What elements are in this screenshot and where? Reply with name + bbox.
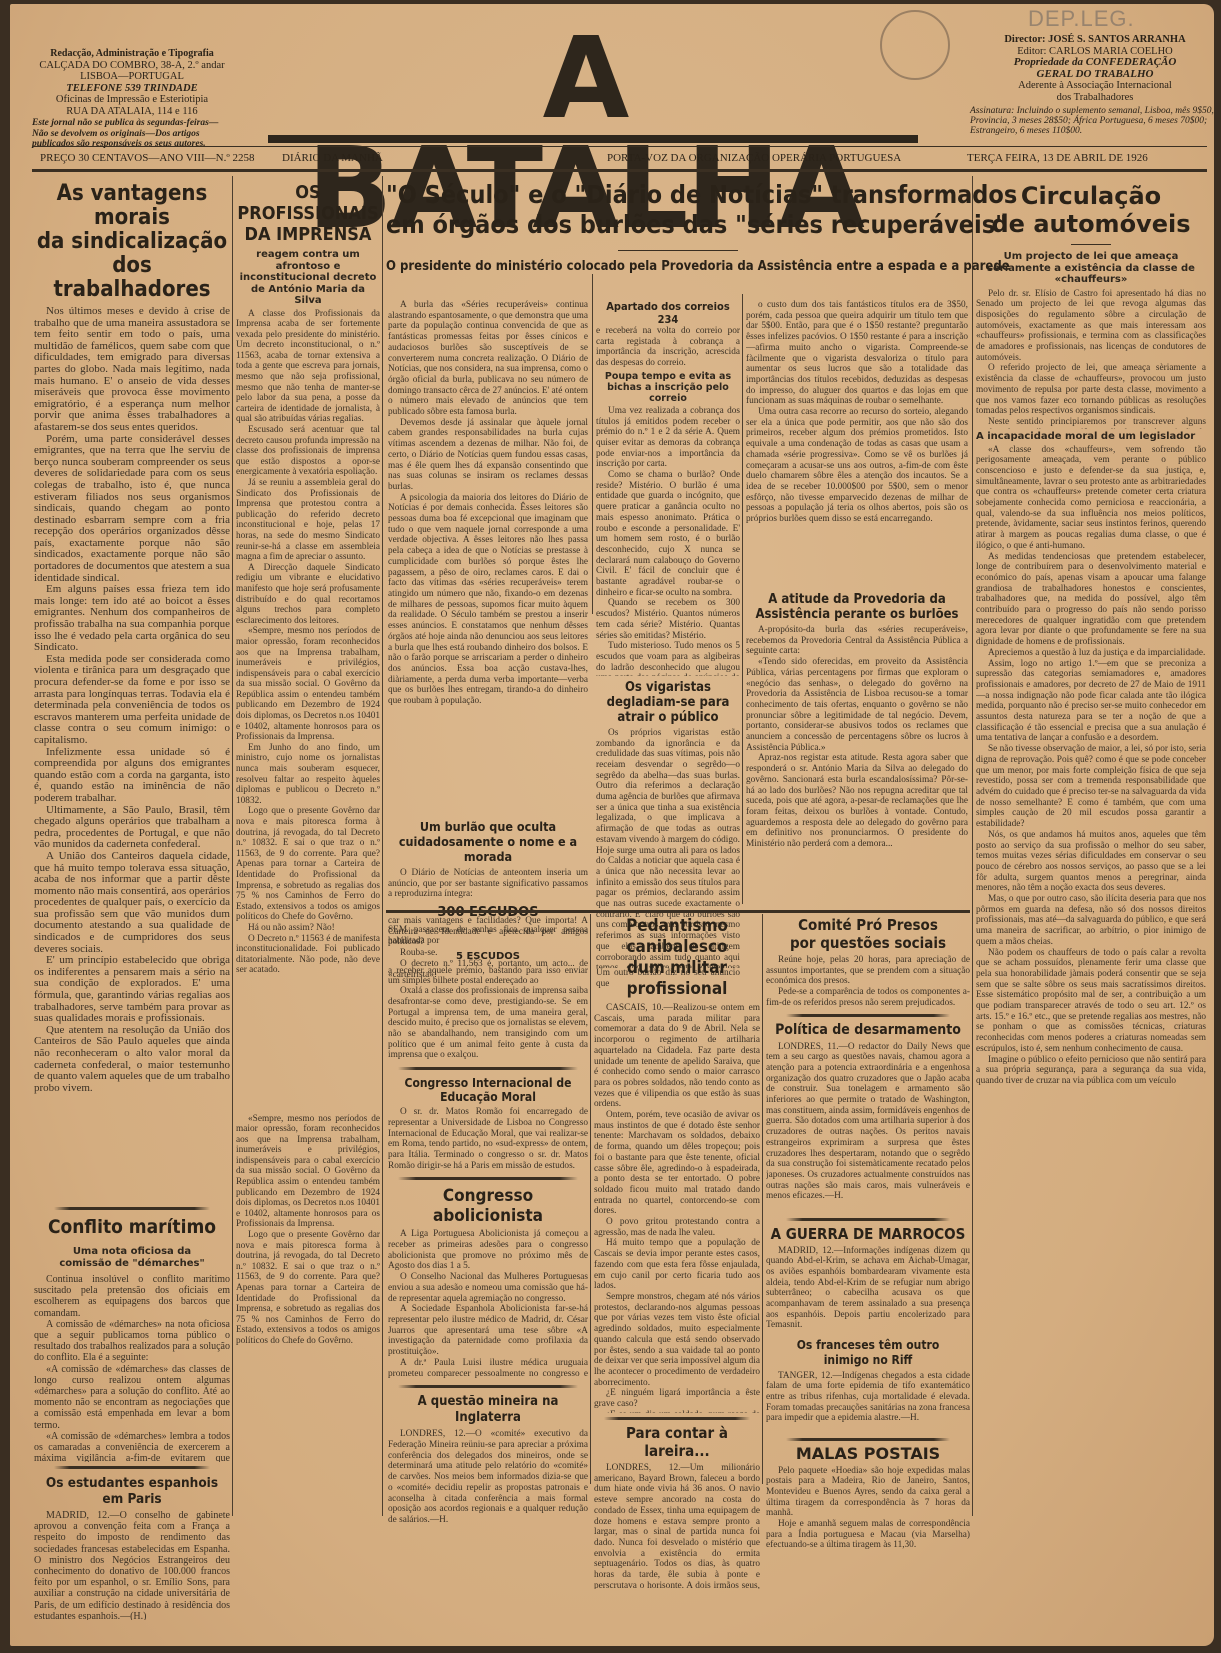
divider: [32, 169, 1207, 172]
paragraph: Sempre monstros, chegam até nós vários p…: [594, 1292, 760, 1388]
article-body: CASCAIS, 10.—Realizou-se ontem em Cascai…: [594, 1003, 760, 1413]
subheadline: Poupa tempo e evita as bichas a inscriçã…: [596, 371, 740, 404]
column-rule: [972, 176, 973, 1516]
paragraph: o custo dum dos tais fantásticos títulos…: [746, 300, 968, 407]
paragraph: A-propósito-da burla das «séries recuper…: [746, 625, 968, 657]
headline: Conflito marítimo: [34, 1216, 230, 1238]
headline: Para contar à lareira...: [594, 1424, 760, 1460]
headline: Apartado dos correios 234: [596, 300, 740, 326]
ornament-divider: [786, 1218, 950, 1221]
address-line: LISBOA—PORTUGAL: [32, 71, 232, 83]
deposit-stamp: DEP.LEG.: [1028, 6, 1135, 32]
newspaper-page: Redacção, Administração e Tipografia CAL…: [10, 4, 1214, 1646]
article-body: Reúne hoje, pelas 20 horas, para aprecia…: [766, 955, 970, 1009]
article-body: LONDRES, 12.—O «comité» executivo da Fed…: [388, 1429, 588, 1529]
paragraph: Apraz-nos registar esta atitude. Resta a…: [746, 753, 968, 849]
article-body: Uma vez realizada a cobrança dos títulos…: [596, 406, 740, 676]
ornament-divider: [398, 1067, 578, 1070]
paragraph: Apreciemos a questão à luz da justiça e …: [976, 648, 1206, 659]
ornament-divider: [398, 1177, 578, 1180]
headline-line: OS PROFISSIONAIS: [236, 182, 380, 224]
headline: A GUERRA DE MARROCOS: [766, 1225, 970, 1243]
paragraph: Escusado será acentuar que tal decreto c…: [236, 425, 380, 478]
paragraph: Se não tivesse observação de maior, a le…: [976, 744, 1206, 830]
article-body: o custo dum dos tais fantásticos títulos…: [746, 300, 968, 590]
ornament-divider: [398, 1385, 578, 1388]
paragraph: A Sociedade Espanhola Abolicionista far-…: [388, 1304, 588, 1358]
headline: Congresso abolicionista: [388, 1186, 588, 1226]
paragraph: O decreto n.º 11.563 é, portanto, um act…: [388, 959, 588, 980]
article-body: O Diário de Notícias de anteontem inseri…: [388, 868, 588, 900]
headline-line: DA IMPRENSA: [236, 224, 380, 245]
paragraph: Devemos desde já assinalar que àquele jo…: [388, 418, 588, 493]
ornament-divider: [54, 1207, 210, 1210]
paragraph: «A classe dos «chauffeurs», vem sofrendo…: [976, 445, 1206, 552]
paragraph: Logo que o presente Govêrno dar nova e m…: [236, 1230, 380, 1347]
paragraph: A Liga Portuguesa Abolicionista já começ…: [388, 1229, 588, 1272]
headline-line: Circulação: [976, 182, 1206, 210]
article-body: e receberá na volta do correio por carta…: [596, 326, 740, 369]
headline-line: dos trabalhadores: [34, 254, 230, 302]
paragraph: Tudo misterioso. Tudo menos os 5 escudos…: [596, 641, 740, 676]
article-body: A burla das «Séries recuperáveis» contin…: [388, 300, 588, 788]
paragraph: A Direcção daquele Sindicato redigiu um …: [236, 563, 380, 627]
paragraph: O povo gritou protestando contra a agres…: [594, 1217, 760, 1238]
article-body: LONDRES, 11.—O redactor do Daily News qu…: [766, 1042, 970, 1214]
address-line: RUA DA ATALAIA, 114 e 116: [32, 106, 232, 118]
paragraph: ¿E ninguém ligará importância a êste gra…: [594, 1388, 760, 1409]
owner-label: Propriedade da CONFEDERAÇÃO: [970, 57, 1220, 69]
paragraph: Ultimamente, a São Paulo, Brasil, têm ch…: [34, 805, 230, 851]
lower-column-right: Comité Pró Presos por questões sociais R…: [766, 916, 970, 1566]
paragraph: Assim, logo no artigo 1.º—em que se prec…: [976, 659, 1206, 745]
paragraph: Esta medida pode ser considerada como vi…: [34, 654, 230, 747]
price-issue: PREÇO 30 CENTAVOS—ANO VIII—N.º 2258: [40, 152, 255, 164]
paragraph: As medidas tendenciosas que pretendem es…: [976, 552, 1206, 648]
article-body: MADRID, 12.—Informações indígenas dizem …: [766, 1246, 970, 1332]
headline: Congresso Internacional de Educação Mora…: [388, 1076, 588, 1104]
paragraph: LONDRES, 12.—Um milionário americano, Ba…: [594, 1463, 760, 1589]
paragraph: car mais vantagens e facilidades? Que im…: [388, 916, 588, 948]
paragraph: Nos últimos meses e devido à crise de tr…: [34, 306, 230, 434]
seculo-column-c: o custo dum dos tais fantásticos títulos…: [746, 300, 968, 917]
subheadline: Uma nota oficiosa da comissão de "démarc…: [54, 1246, 210, 1270]
paragraph: E' um princípio estabelecido que obriga …: [34, 955, 230, 1025]
paragraph: Infelizmente essa unidade só é compreend…: [34, 747, 230, 805]
subheadline: O presidente do ministério colocado pela…: [386, 259, 970, 275]
headline-line: As vantagens morais: [34, 182, 230, 230]
headline-line: "O Século" e o "Diário de Notícias" tran…: [386, 180, 970, 210]
paragraph: Em alguns países essa frieza tem ido mai…: [34, 584, 230, 654]
headline-line: dum militar profissional: [594, 958, 760, 1000]
paragraph: Quando se recebem os 300 escudos? Mistér…: [596, 598, 740, 641]
library-stamp-icon: [880, 10, 950, 80]
column-rule: [232, 176, 233, 1516]
paragraph: Há ou não assim? Não!: [236, 923, 380, 934]
column-rule: [742, 294, 743, 904]
column-rule: [382, 176, 383, 1516]
article-vantagens: As vantagens morais da sindicalização do…: [34, 182, 230, 1111]
article-profissionais: OS PROFISSIONAIS DA IMPRENSA reagem cont…: [236, 182, 380, 1594]
subheadline: reagem contra um afrontoso e inconstituc…: [236, 249, 380, 307]
paragraph: A psicologia da maioria dos leitores do …: [388, 493, 588, 707]
paragraph: «A comissão de «démarches» lembra a todo…: [34, 1431, 230, 1462]
address-line: Oficinas de Impressão e Esteriotipia: [32, 94, 232, 106]
headline: A questão mineira na Inglaterra: [388, 1394, 588, 1426]
paragraph: Uma outra casa recorre ao recurso do sor…: [746, 407, 968, 525]
phone-line: TELEFONE 539 TRINDADE: [32, 83, 232, 95]
divider: [386, 910, 970, 913]
paragraph: Uma vez realizada a cobrança dos títulos…: [596, 406, 740, 470]
paragraph: LONDRES, 11.—O redactor do Daily News qu…: [766, 1042, 970, 1203]
paragraph: Não podem os chauffeurs de todo o país c…: [976, 948, 1206, 1055]
article-body: MADRID, 12.—O conselho de gabinete aprov…: [34, 1510, 230, 1620]
headline-line: de automóveis: [976, 210, 1206, 238]
address-line: CALÇADA DO COMBRO, 38-A, 2.º andar: [32, 60, 232, 72]
article-body: Pelo paquete «Hoedia» são hoje expedidas…: [766, 1466, 970, 1566]
ornament-divider: [604, 1417, 750, 1420]
paragraph: MADRID, 12.—O conselho de gabinete aprov…: [34, 1510, 230, 1620]
article-conflito: Conflito marítimo Uma nota oficiosa da c…: [34, 1207, 230, 1462]
paragraph: Hoje e amanhã seguem malas de correspond…: [766, 1519, 970, 1551]
column-rule: [762, 914, 763, 1484]
headline-line: da sindicalização: [34, 230, 230, 254]
paragraph: Como se chama o burlão? Onde reside? Mis…: [596, 470, 740, 598]
paragraph: Já se reuniu a assembleia geral do Sindi…: [236, 478, 380, 563]
headline: A atitude da Provedoria da Assistência p…: [746, 592, 968, 622]
paragraph: Neste sentido principiaremos por transcr…: [976, 417, 1206, 429]
headline-line: em órgãos dos burlões das "séries recupe…: [386, 210, 970, 240]
paragraph: Continua insolúvel o conflito marítimo s…: [34, 1274, 230, 1319]
paragraph: Que atentem na resolução da União dos Ca…: [34, 1025, 230, 1095]
paragraph: Nós, os que andamos há muitos anos, aque…: [976, 830, 1206, 894]
paragraph: TANGER, 12.—Indígenas chegados a esta ci…: [766, 1371, 970, 1425]
divider: [618, 250, 738, 251]
paragraph: Mas, o que por outro caso, são ilícita d…: [976, 894, 1206, 948]
article-body: Pelo dr. sr. Elísio de Castro foi aprese…: [976, 289, 1206, 429]
paragraph: «Sempre, mesmo nos períodos de maior opr…: [236, 1114, 380, 1231]
paragraph: «Sempre, mesmo nos períodos de maior opr…: [236, 626, 380, 743]
publication-notice: Este jornal não se publica às segundas-f…: [32, 118, 232, 150]
lower-column-middle: Pedantismo canibalesco dum militar profi…: [594, 916, 760, 1589]
headline: MALAS POSTAIS: [766, 1444, 970, 1464]
paragraph: Logo que o presente Govêrno dar nova e m…: [236, 806, 380, 923]
column-rule: [590, 914, 591, 1484]
paragraph: ¿E se um dia um soldado, num rasgo de di…: [594, 1410, 760, 1413]
headline: Os franceses têm outro inimigo no Riff: [776, 1338, 960, 1368]
paragraph: Oxalá a classe dos profissionais de impr…: [388, 986, 588, 1061]
subscription-info: Assinatura: Incluindo o suplemento seman…: [970, 106, 1220, 136]
headline: Os vigaristas degladiam-se para atrair o…: [596, 680, 740, 725]
member-line: Aderente à Associação Internacional: [970, 80, 1220, 92]
article-body: TANGER, 12.—Indígenas chegados a esta ci…: [766, 1371, 970, 1435]
paragraph: A burla das «Séries recuperáveis» contin…: [388, 300, 588, 418]
header-address-block: Redacção, Administração e Tipografia CAL…: [32, 48, 232, 150]
address-line: Redacção, Administração e Tipografia: [32, 48, 232, 60]
headline-line: Pedantismo canibalesco: [594, 916, 760, 958]
paragraph: «A comissão de «démarches» das classes d…: [34, 1364, 230, 1431]
headline-line: por questões sociais: [766, 934, 970, 952]
paragraph: Ontem, porém, teve ocasião de avivar os …: [594, 1110, 760, 1217]
article-body: A-propósito-da burla das «séries recuper…: [746, 625, 968, 917]
paragraph: LONDRES, 12.—O «comité» executivo da Fed…: [388, 1429, 588, 1525]
paragraph: O Decreto n.º 11563 é de manifesta incon…: [236, 934, 380, 976]
paragraph: «Tendo sido oferecidas, em proveito da A…: [746, 657, 968, 753]
paragraph: Pelo paquete «Hoedia» são hoje expedidas…: [766, 1466, 970, 1520]
article-body: car mais vantagens e facilidades? Que im…: [388, 916, 588, 1061]
divider: [32, 146, 1207, 147]
paragraph: A comissão de «démarches» na nota oficio…: [34, 1319, 230, 1364]
headline: Política de desarmamento: [766, 1022, 970, 1039]
member-line: dos Trabalhadores: [970, 92, 1220, 104]
ornament-divider: [786, 1438, 950, 1441]
seculo-column-b: Apartado dos correios 234 e receberá na …: [596, 300, 740, 989]
headline: Os estudantes espanhois em Paris: [34, 1475, 230, 1507]
paragraph: A dr.ª Paula Luisi ilustre médica urugua…: [388, 1358, 588, 1380]
article-body: LONDRES, 12.—Um milionário americano, Ba…: [594, 1463, 760, 1589]
paragraph: Em Junho do ano findo, um ministro, cujo…: [236, 743, 380, 807]
paragraph: O referido projecto de lei, que ameaça s…: [976, 363, 1206, 417]
paragraph: CASCAIS, 10.—Realizou-se ontem em Cascai…: [594, 1003, 760, 1110]
paragraph: O Diário de Notícias de anteontem inseri…: [388, 868, 588, 900]
column-rule: [592, 274, 593, 614]
paragraph: A classe dos Profissionais da Imprensa a…: [236, 309, 380, 426]
divider: [1071, 244, 1111, 245]
header-credits-block: Director: JOSÉ S. SANTOS ARRANHA Editor:…: [970, 34, 1220, 136]
issue-date: TERÇA FEIRA, 13 DE ABRIL DE 1926: [967, 152, 1148, 164]
article-body: Continua insolúvel o conflito marítimo s…: [34, 1274, 230, 1462]
masthead-underline: [268, 135, 918, 143]
paragraph: A União dos Canteiros daquela cidade, qu…: [34, 851, 230, 955]
director-line: Director: JOSÉ S. SANTOS ARRANHA: [970, 34, 1220, 46]
article-seculo: "O Século" e o "Diário de Notícias" tran…: [386, 180, 970, 275]
ornament-divider: [54, 1466, 210, 1469]
paragraph: Porém, uma parte considerável desses emi…: [34, 434, 230, 585]
article-body: A classe dos Profissionais da Imprensa a…: [236, 309, 380, 1114]
owner-name: GERAL DO TRABALHO: [970, 69, 1220, 81]
paragraph: MADRID, 12.—Informações indígenas dizem …: [766, 1246, 970, 1332]
paragraph: Rouba-se.: [388, 948, 588, 959]
article-estudantes: Os estudantes espanhois em Paris MADRID,…: [34, 1466, 230, 1620]
paragraph: Pede-se a comparência de todos os compon…: [766, 987, 970, 1008]
organ-line: PORTA-VOZ DA ORGANIZAÇÃO OPERÁRIA PORTUG…: [607, 152, 901, 164]
paragraph: Reúne hoje, pelas 20 horas, para aprecia…: [766, 955, 970, 987]
headline: Um burlão que oculta cuidadosamente o no…: [388, 819, 588, 864]
article-circulacao: Circulação de automóveis Um projecto de …: [976, 182, 1206, 1495]
masthead-title: A BATALHA: [250, 24, 920, 134]
article-body-continued: «Sempre, mesmo nos períodos de maior opr…: [236, 1114, 380, 1594]
lower-column-left: car mais vantagens e facilidades? Que im…: [388, 916, 588, 1529]
article-body: O sr. dr. Matos Romão foi encarregado de…: [388, 1107, 588, 1171]
info-strip: PREÇO 30 CENTAVOS—ANO VIII—N.º 2258 DIÁR…: [32, 150, 1207, 168]
paragraph: Imagine o público o efeito pernicioso qu…: [976, 1055, 1206, 1087]
article-body: A Liga Portuguesa Abolicionista já começ…: [388, 1229, 588, 1379]
paragraph: O sr. dr. Matos Romão foi encarregado de…: [388, 1107, 588, 1171]
subheadline: A incapacidade moral de um legislador: [976, 431, 1206, 443]
ornament-divider: [786, 1014, 950, 1017]
paragraph: O Conselho Nacional das Mulheres Portugu…: [388, 1272, 588, 1304]
article-body: Nos últimos meses e devido à crise de tr…: [34, 306, 230, 1111]
subheadline: Um projecto de lei que ameaça sèriamente…: [976, 251, 1206, 286]
headline-line: Comité Pró Presos: [766, 916, 970, 934]
article-body: «A classe dos «chauffeurs», vem sofrendo…: [976, 445, 1206, 1495]
paragraph: Há muito tempo que a população de Cascai…: [594, 1238, 760, 1292]
paragraph: Pelo dr. sr. Elísio de Castro foi aprese…: [976, 289, 1206, 364]
tagline: DIÁRIO DA MANHÃ: [282, 152, 383, 164]
